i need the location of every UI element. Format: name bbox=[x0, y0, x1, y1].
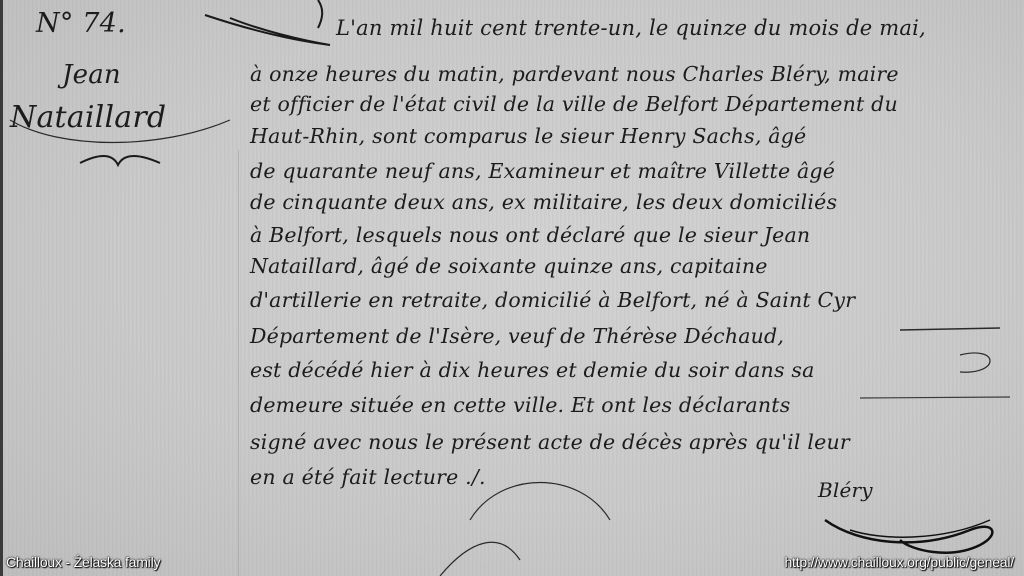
record-line: en a été fait lecture ./. bbox=[250, 465, 486, 489]
record-line: Haut-Rhin, sont comparus le sieur Henry … bbox=[250, 124, 806, 148]
record-line: signé avec nous le présent acte de décès… bbox=[250, 430, 850, 454]
record-line: à Belfort, lesquels nous ont déclaré que… bbox=[250, 223, 810, 247]
scanned-page: N° 74. Jean Nataillard L'an mil huit cen… bbox=[0, 0, 1024, 576]
deceased-last-name: Nataillard bbox=[10, 100, 166, 135]
record-line: L'an mil huit cent trente-un, le quinze … bbox=[336, 16, 926, 40]
record-line: à onze heures du matin, pardevant nous C… bbox=[250, 62, 899, 86]
record-line: demeure située en cette ville. Et ont le… bbox=[250, 393, 790, 417]
record-line: de cinquante deux ans, ex militaire, les… bbox=[250, 190, 837, 214]
record-line: de quarante neuf ans, Examineur et maîtr… bbox=[250, 159, 835, 183]
watermark-family: Chailloux - Żelaska family bbox=[6, 554, 160, 570]
record-line: Département de l'Isère, veuf de Thérèse … bbox=[250, 324, 784, 348]
record-line: et officier de l'état civil de la ville … bbox=[250, 92, 898, 116]
record-line: Nataillard, âgé de soixante quinze ans, … bbox=[250, 254, 768, 278]
record-line: est décédé hier à dix heures et demie du… bbox=[250, 358, 815, 382]
watermark-url: http://www.chailloux.org/public/geneal/ bbox=[784, 554, 1014, 570]
record-line: d'artillerie en retraite, domicilié à Be… bbox=[250, 288, 855, 312]
record-number: N° 74. bbox=[36, 8, 126, 39]
deceased-first-name: Jean bbox=[62, 60, 121, 90]
